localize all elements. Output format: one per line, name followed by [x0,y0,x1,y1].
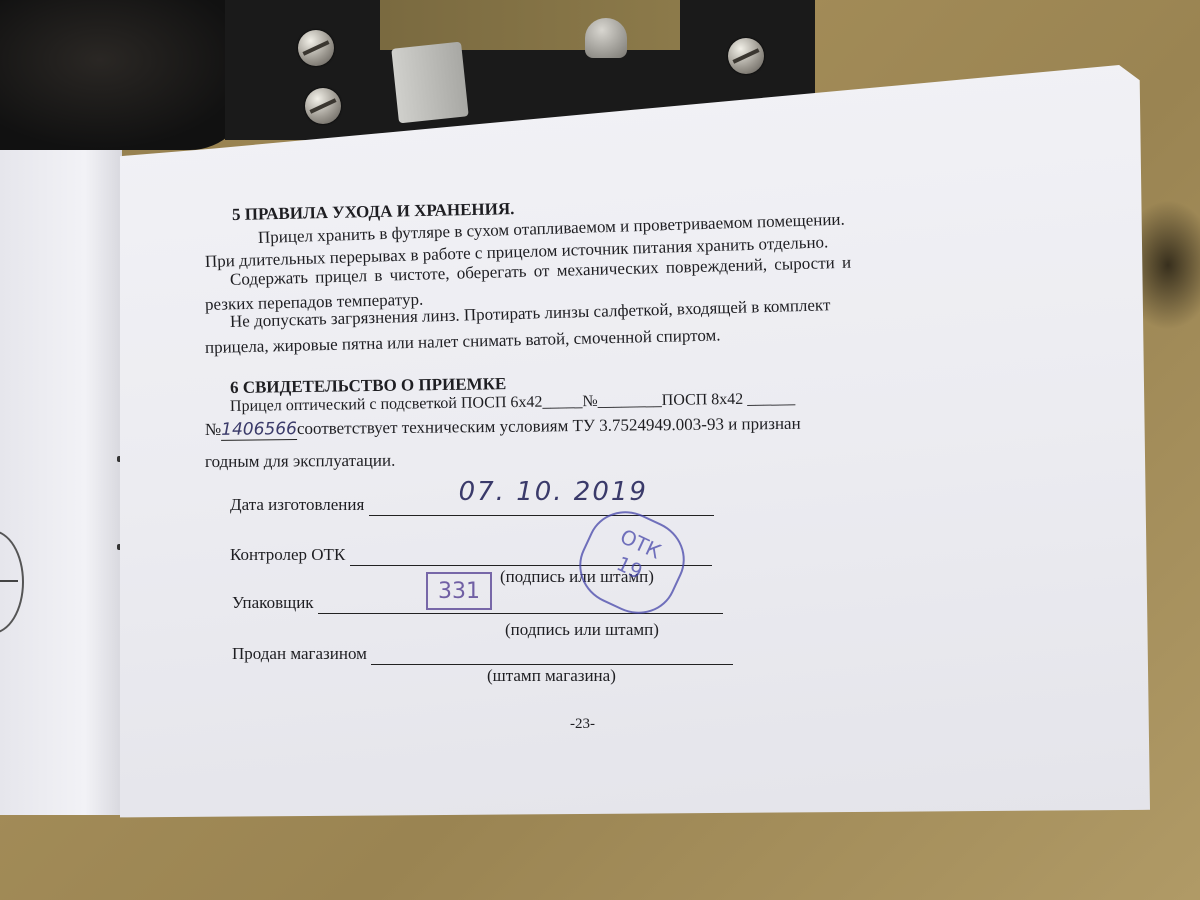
booklet-page [120,65,1150,825]
number-sign: № [205,420,221,439]
shop-field-row: Продан магазином [232,644,733,665]
screw-icon [728,38,764,74]
date-label: Дата изготовления [230,495,364,514]
section6-line: годным для эксплуатации. [205,451,395,472]
packer-stamp: 331 [426,572,492,610]
date-handwritten: 07. 10. 2019 [459,477,648,507]
shop-label: Продан магазином [232,644,367,663]
scope-body [0,0,250,150]
screw-icon [298,30,334,66]
conformity-text: соответствует техническим условиям ТУ 3.… [297,414,801,438]
mount-knob [585,18,627,58]
date-field: 07. 10. 2019 [369,495,714,516]
shop-caption: (штамп магазина) [487,666,616,686]
serial-number-handwritten: 1406566 [221,419,297,441]
screw-icon [305,88,341,124]
left-page [0,150,122,815]
mount-lever [391,42,468,124]
packer-label: Упаковщик [232,593,314,612]
shop-field [371,644,733,665]
controller-label: Контролер ОТК [230,545,345,564]
date-field-row: Дата изготовления 07. 10. 2019 [230,495,714,516]
packer-caption: (подпись или штамп) [505,620,659,640]
cloth-gap [380,0,680,50]
page-number: -23- [570,716,595,733]
reticle-crosshair [0,580,18,582]
